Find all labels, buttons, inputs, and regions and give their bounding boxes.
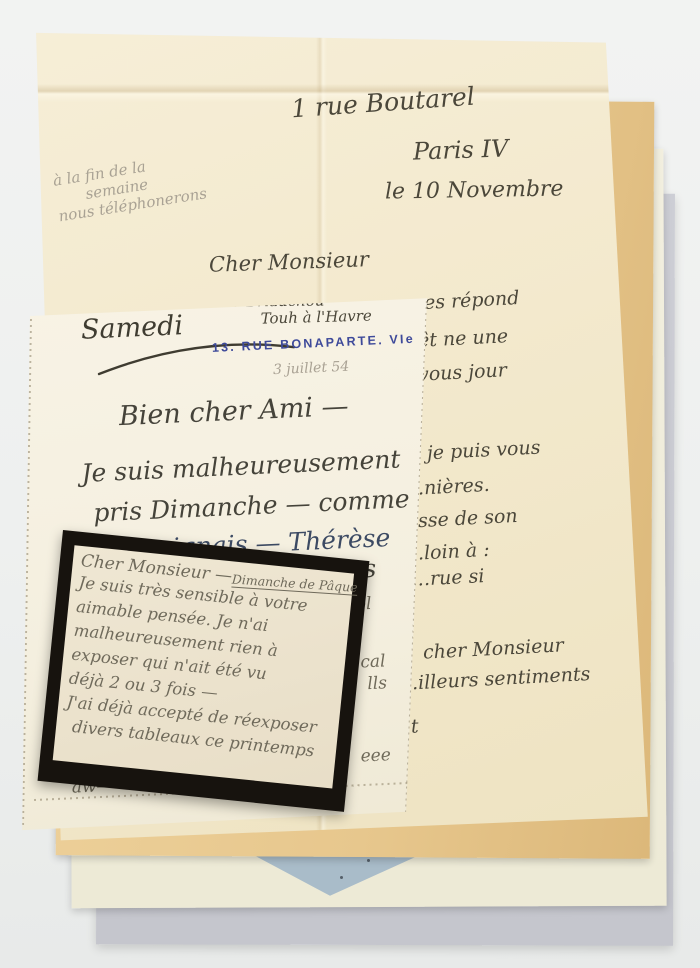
card-ink-annotation-line: Touh à l'Havre [260,307,372,328]
pencil-date: 3 juillet 54 [273,359,350,378]
paper-speck [367,859,370,862]
letter-salutation: Cher Monsieur [209,247,370,277]
mourning-card: Cher Monsieur — Dimanche de Pâque Je sui… [38,530,370,812]
perforated-edge-left [22,317,32,825]
card-body-line: pris Dimanche — comme [93,484,411,527]
letter-text-fragment: …rue si [410,565,484,591]
pencil-annotation: à la fin de la semaine nous téléphoneron… [52,149,208,226]
mourning-card-paper: Cher Monsieur — Dimanche de Pâque Je sui… [53,545,354,788]
card-edge-fragment: cal [360,651,386,672]
card-body-line: Bien cher Ami — [118,391,349,432]
letter-date-line: le 10 Novembre [385,176,564,204]
letter-closing-fragment: …illeurs sentiments [399,663,591,695]
card-body-line: Je suis malheureusement [81,444,401,487]
card-edge-fragment: lls [367,673,387,694]
letter-text-fragment: si je puis vous [405,436,541,465]
letter-closing-salutation: cher Monsieur [423,634,565,663]
paper-speck [340,876,343,879]
card-day-note: Samedi [80,310,183,346]
letter-city-line: Paris IV [413,134,509,165]
card-edge-fragment: eee [360,745,391,766]
letter-text-fragment: …loin à : [404,539,490,565]
letter-address-line: 1 rue Boutarel [290,82,475,124]
printed-letterhead: 13. RUE BONAPARTE. VIe [212,332,416,355]
photo-of-letter-stack: 1 rue Boutarel Paris IV le 10 Novembre C… [0,0,700,968]
